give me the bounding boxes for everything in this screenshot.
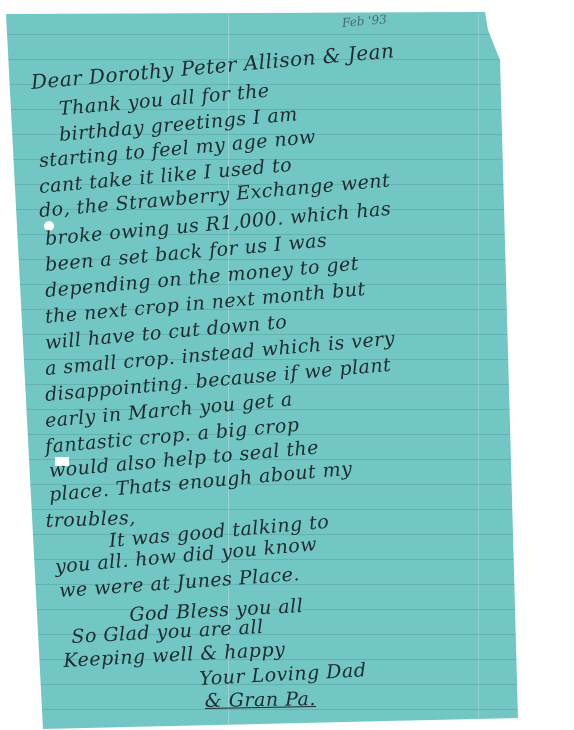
signature-name: & Gran Pa. xyxy=(205,688,316,712)
paper-fold-line-right xyxy=(478,14,479,724)
